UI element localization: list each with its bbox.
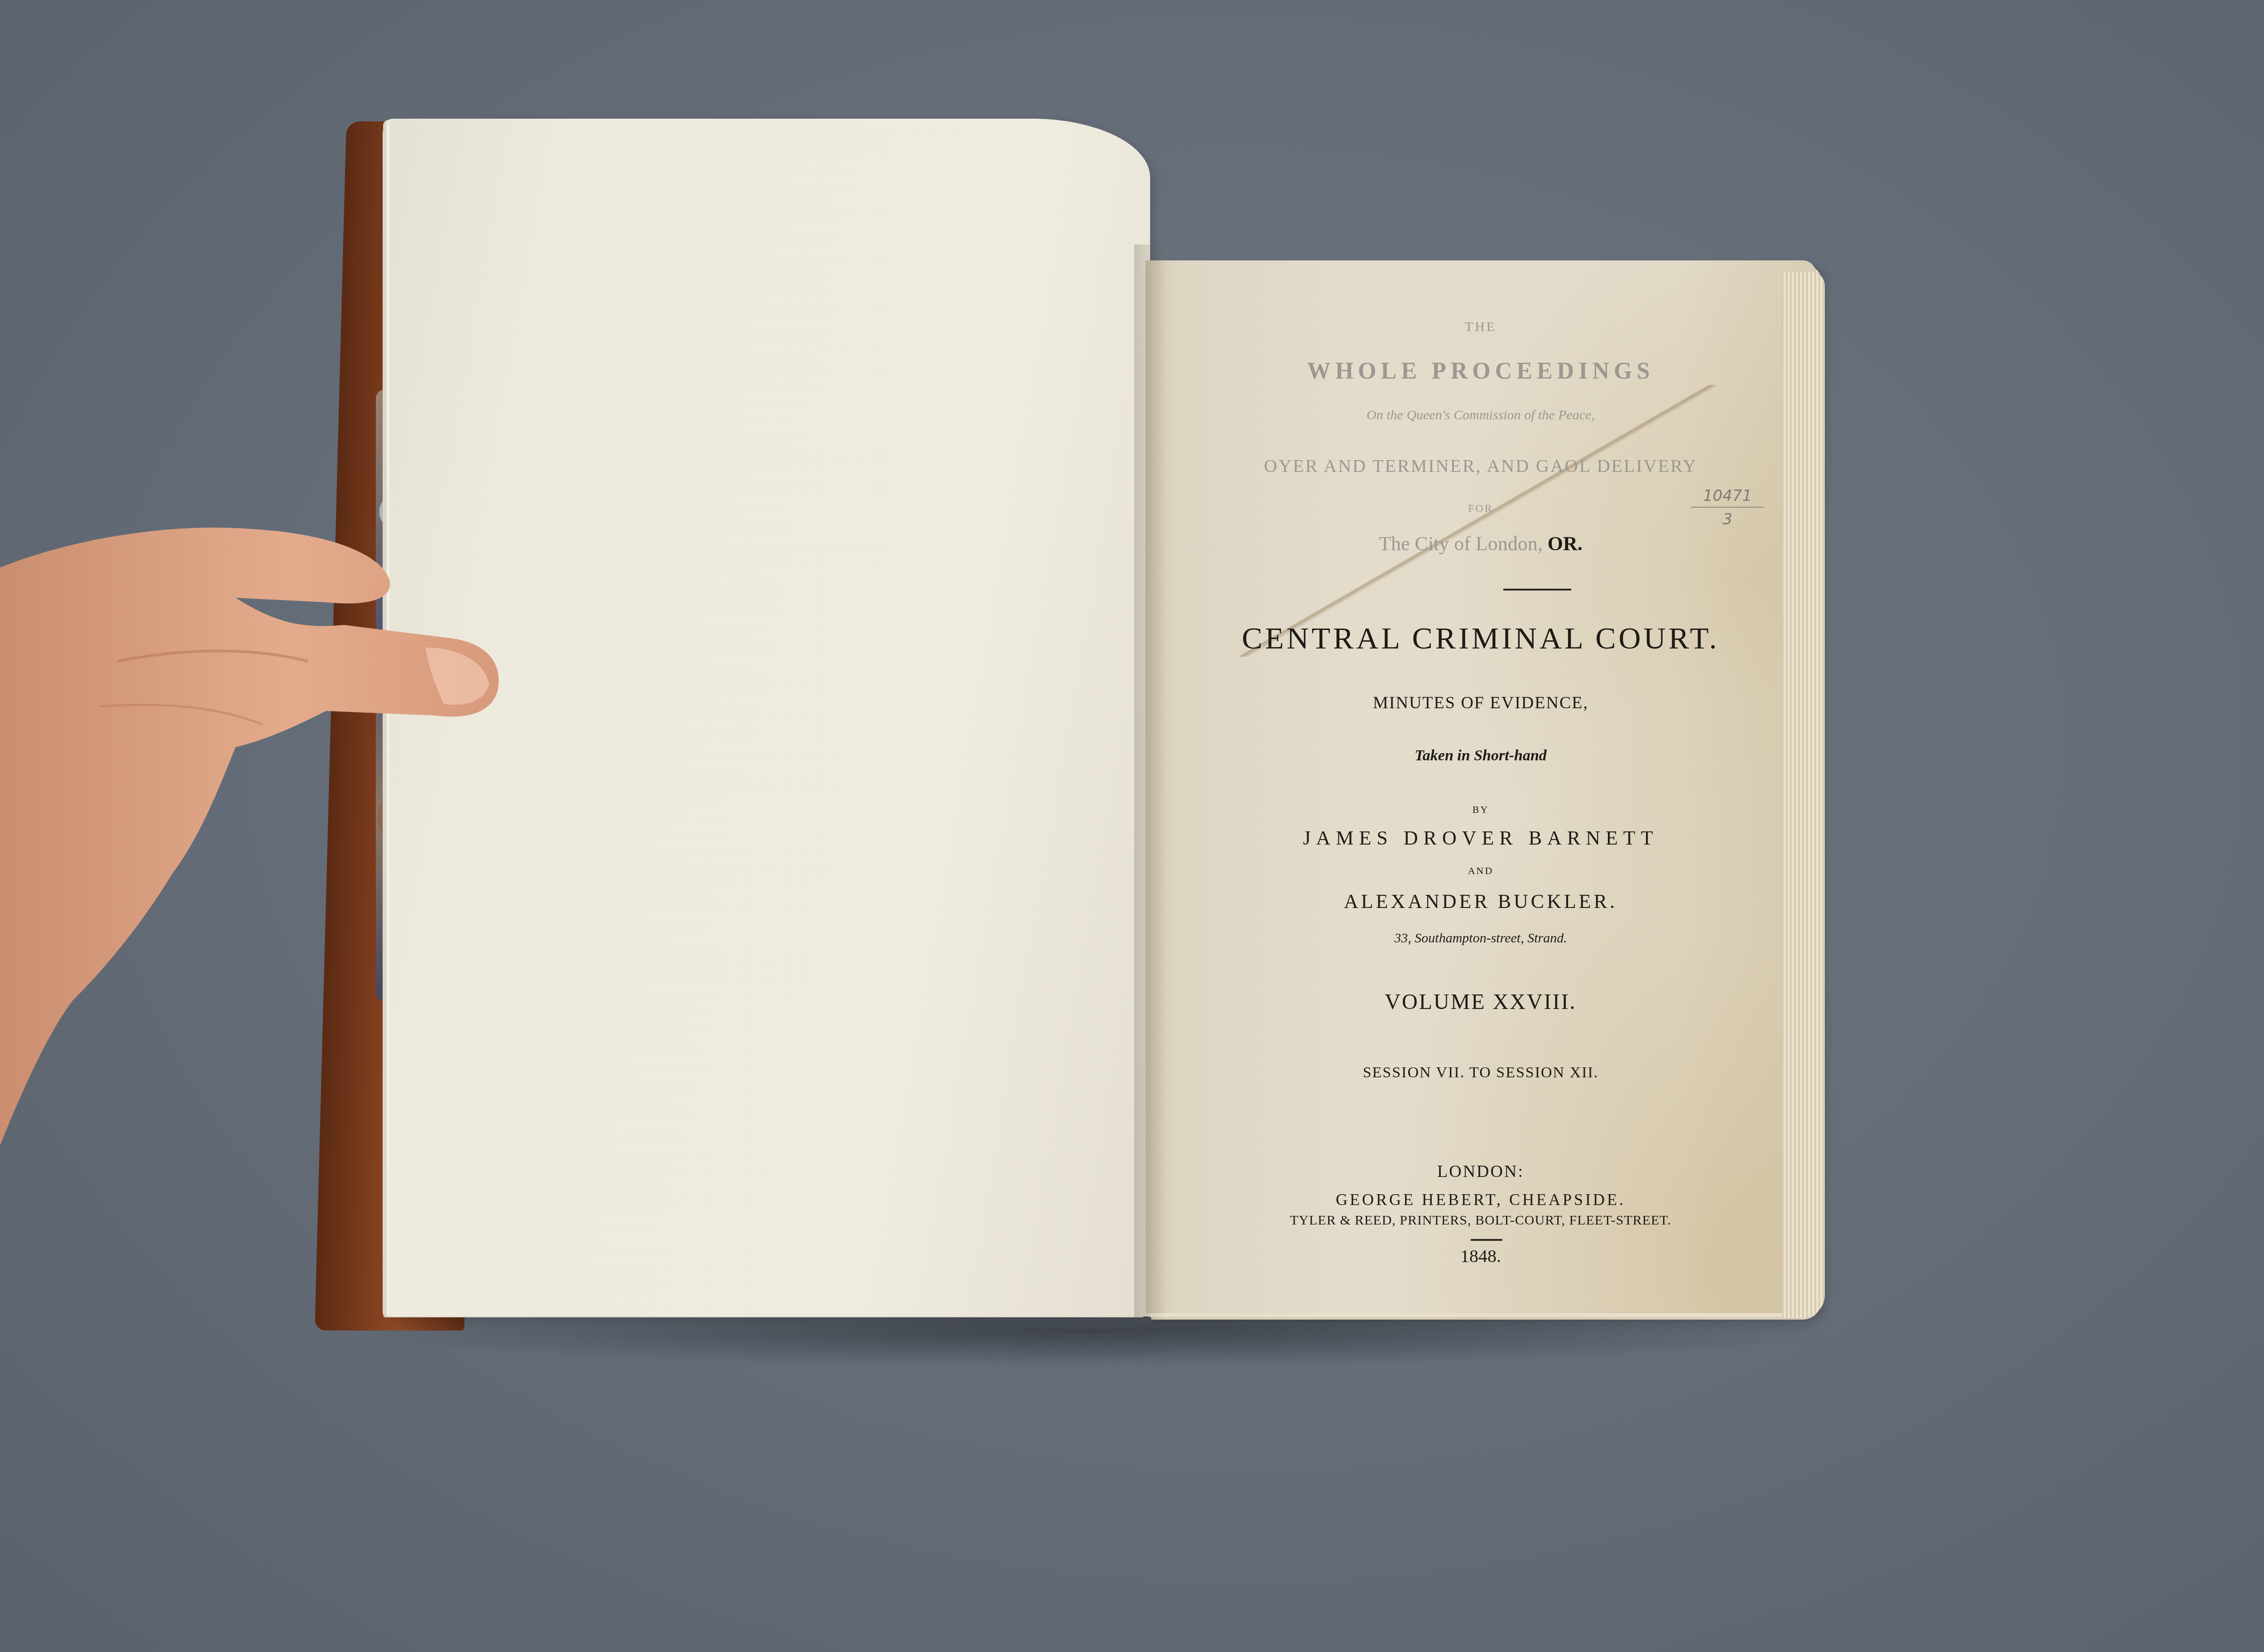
title-by: BY: [1146, 804, 1816, 816]
city-faded-text: The City of London,: [1379, 533, 1548, 555]
imprint-place: LONDON:: [1146, 1162, 1816, 1181]
title-taken-shorthand: Taken in Short-hand: [1146, 747, 1816, 764]
shelfmark-number: 10471: [1703, 487, 1752, 505]
title-oyer-terminer: OYER AND TERMINER, AND GAOL DELIVERY: [1146, 455, 1816, 476]
title-and: AND: [1146, 865, 1816, 877]
divider-rule: [1503, 589, 1571, 591]
right-page-edges: [1782, 272, 1825, 1318]
author-barnett: JAMES DROVER BARNETT: [1146, 826, 1816, 850]
title-queens-commission: On the Queen's Commission of the Peace,: [1146, 408, 1816, 423]
volume-number: VOLUME XXVIII.: [1146, 989, 1816, 1014]
shelfmark-sub: 3: [1722, 510, 1732, 528]
shelfmark-rule: [1691, 507, 1764, 508]
title-court: CENTRAL CRIMINAL COURT.: [1146, 620, 1816, 656]
title-minutes: MINUTES OF EVIDENCE,: [1146, 693, 1816, 713]
session-range: SESSION VII. TO SESSION XII.: [1146, 1064, 1816, 1081]
author-buckler: ALEXANDER BUCKLER.: [1146, 890, 1816, 913]
title-city-of-london: The City of London, OR.: [1146, 532, 1816, 555]
author-address: 33, Southampton-street, Strand.: [1146, 931, 1816, 946]
city-visible-text: OR.: [1548, 533, 1583, 555]
page-gutter: [1134, 245, 1166, 1322]
title-the: THE: [1146, 319, 1816, 335]
imprint-year: 1848.: [1146, 1245, 1816, 1267]
hand-holding-page: [0, 512, 507, 1218]
pencil-shelfmark: 10471 3: [1691, 487, 1764, 528]
imprint-rule: [1471, 1239, 1502, 1241]
imprint-publisher: GEORGE HEBERT, CHEAPSIDE.: [1146, 1190, 1816, 1209]
imprint-printer: TYLER & REED, PRINTERS, BOLT-COURT, FLEE…: [1146, 1213, 1816, 1228]
title-whole-proceedings: WHOLE PROCEEDINGS: [1146, 358, 1816, 384]
